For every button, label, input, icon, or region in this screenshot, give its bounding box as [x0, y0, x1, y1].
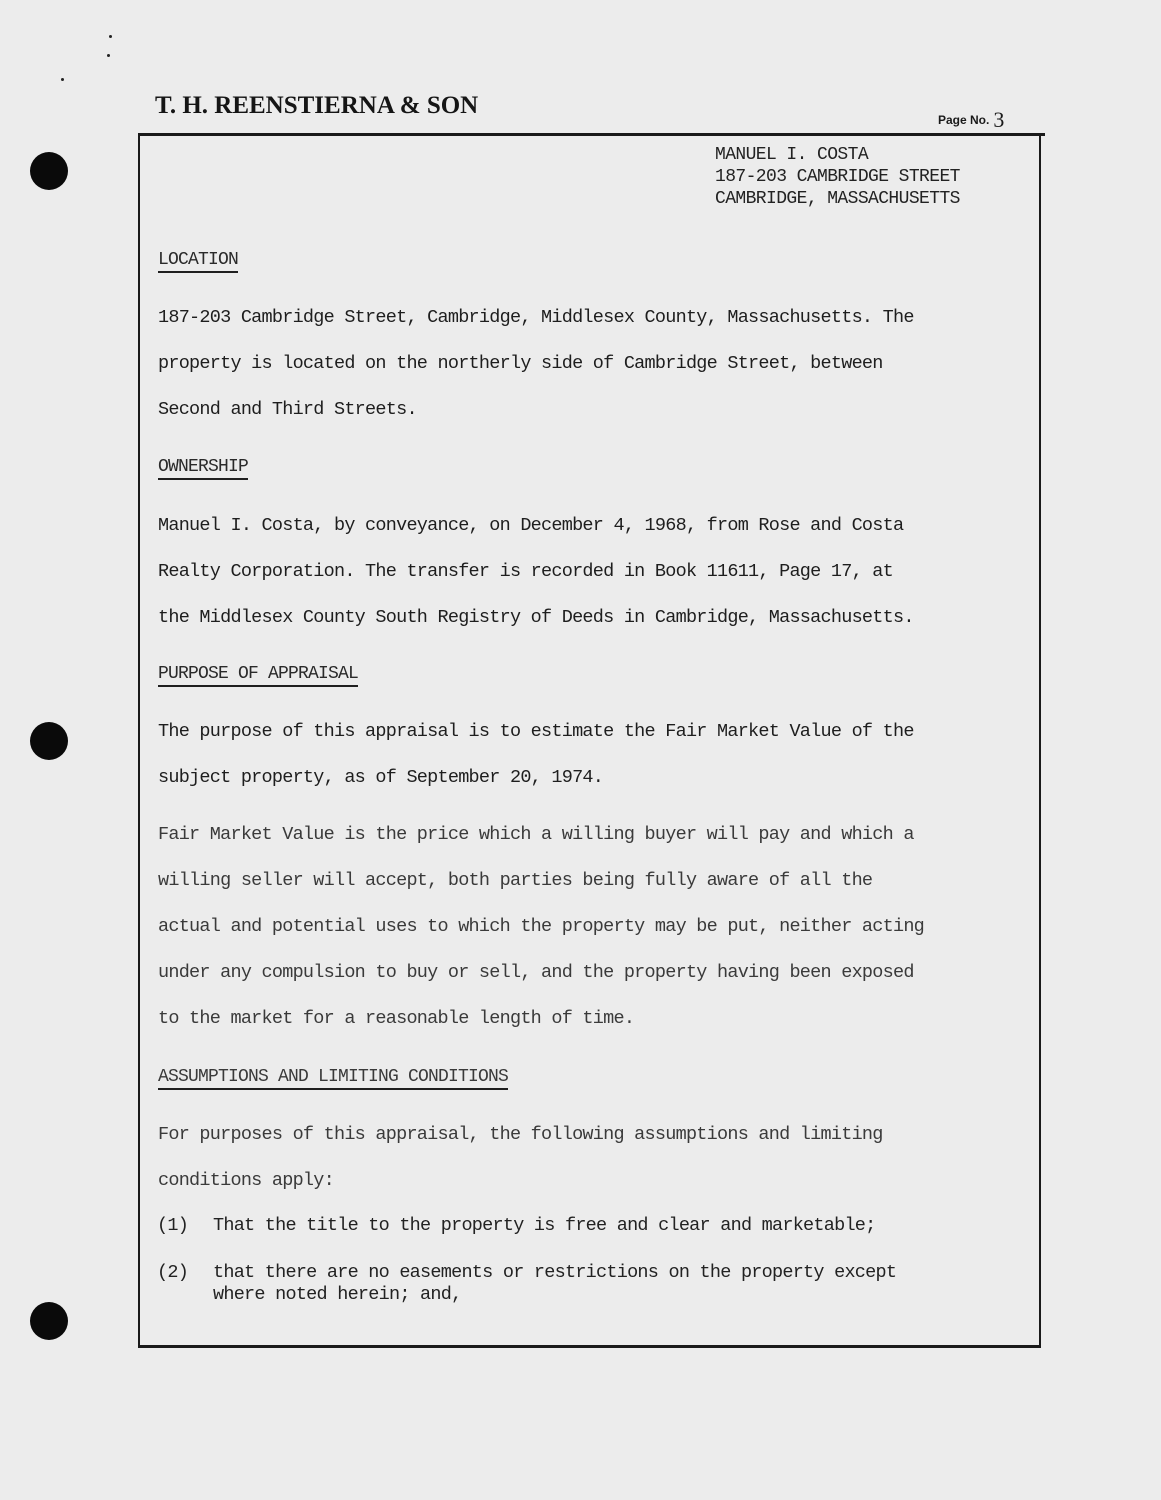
text-line: 187-203 Cambridge Street, Cambridge, Mid…	[158, 295, 1028, 341]
paper-speck	[109, 35, 112, 38]
punch-hole-top	[30, 152, 68, 190]
page-number: 3	[993, 107, 1004, 132]
frame-top-extension	[1041, 133, 1045, 136]
purpose-paragraph: The purpose of this appraisal is to esti…	[158, 709, 1028, 801]
list-text: where noted herein; and,	[213, 1284, 461, 1306]
city-state: CAMBRIDGE, MASSACHUSETTS	[715, 188, 960, 210]
page-number-label: Page No.3	[938, 104, 1004, 130]
assumptions-intro: For purposes of this appraisal, the foll…	[158, 1112, 1028, 1204]
punch-hole-middle	[30, 722, 68, 760]
assumption-item-1: (1) That the title to the property is fr…	[157, 1215, 1017, 1239]
text-line: The purpose of this appraisal is to esti…	[158, 709, 1028, 755]
text-line: actual and potential uses to which the p…	[158, 904, 1028, 950]
text-line: to the market for a reasonable length of…	[158, 996, 1028, 1042]
purpose-heading: PURPOSE OF APPRAISAL	[158, 663, 358, 687]
list-marker: (2)	[157, 1262, 207, 1284]
text-line: For purposes of this appraisal, the foll…	[158, 1112, 1028, 1158]
list-text: That the title to the property is free a…	[213, 1215, 876, 1237]
text-line: the Middlesex County South Registry of D…	[158, 595, 1028, 641]
location-paragraph: 187-203 Cambridge Street, Cambridge, Mid…	[158, 295, 1028, 433]
page-label: Page No.	[938, 113, 989, 127]
paper-speck	[107, 54, 110, 57]
ownership-heading: OWNERSHIP	[158, 456, 248, 480]
firm-letterhead: T. H. REENSTIERNA & SON	[155, 92, 478, 120]
text-line: willing seller will accept, both parties…	[158, 858, 1028, 904]
text-line: Realty Corporation. The transfer is reco…	[158, 549, 1028, 595]
property-address-block: MANUEL I. COSTA 187-203 CAMBRIDGE STREET…	[715, 144, 960, 210]
text-line: Manuel I. Costa, by conveyance, on Decem…	[158, 503, 1028, 549]
text-line: property is located on the northerly sid…	[158, 341, 1028, 387]
text-line: under any compulsion to buy or sell, and…	[158, 950, 1028, 996]
paper-speck	[61, 78, 64, 81]
location-heading: LOCATION	[158, 249, 238, 273]
list-text: that there are no easements or restricti…	[213, 1262, 896, 1284]
list-marker: (1)	[157, 1215, 207, 1237]
text-line: Fair Market Value is the price which a w…	[158, 812, 1028, 858]
fair-market-value-definition: Fair Market Value is the price which a w…	[158, 812, 1028, 1042]
assumption-item-2: (2) that there are no easements or restr…	[157, 1262, 1017, 1308]
street-address: 187-203 CAMBRIDGE STREET	[715, 166, 960, 188]
ownership-paragraph: Manuel I. Costa, by conveyance, on Decem…	[158, 503, 1028, 641]
punch-hole-bottom	[30, 1302, 68, 1340]
owner-name: MANUEL I. COSTA	[715, 144, 960, 166]
assumptions-heading: ASSUMPTIONS AND LIMITING CONDITIONS	[158, 1066, 508, 1090]
text-line: subject property, as of September 20, 19…	[158, 755, 1028, 801]
text-line: conditions apply:	[158, 1158, 1028, 1204]
text-line: Second and Third Streets.	[158, 387, 1028, 433]
